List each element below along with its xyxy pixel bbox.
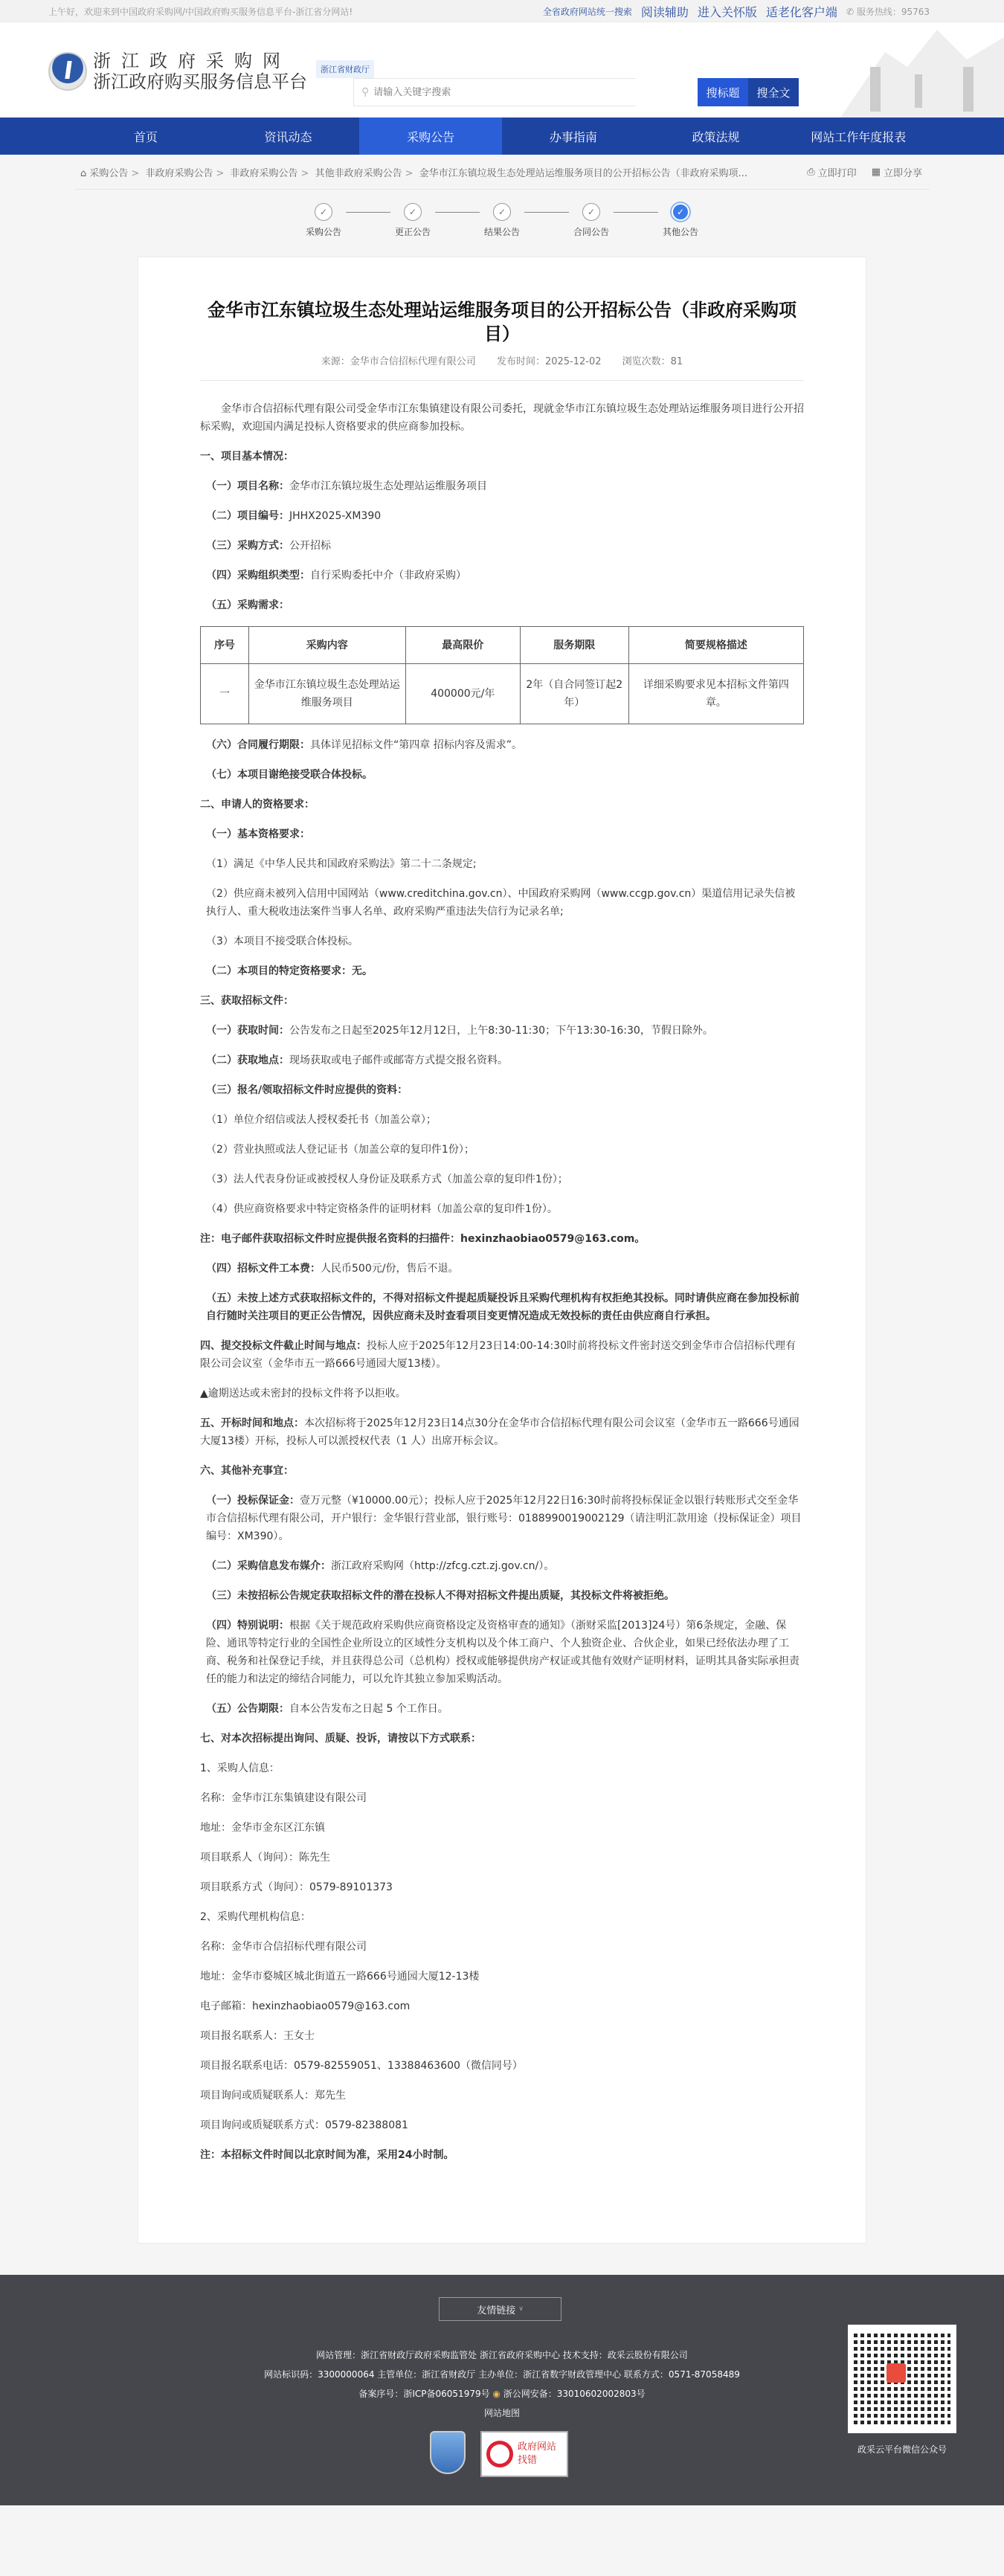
article-card: 金华市江东镇垃圾生态处理站运维服务项目的公开招标公告（非政府采购项目） 来源：金… xyxy=(138,257,866,2244)
logo-subtitle: 浙江政府购买服务信息平台 xyxy=(93,71,307,92)
site-logo[interactable]: 浙江政府采购网 浙江政府购买服务信息平台 浙江省财政厅 xyxy=(48,51,374,92)
province-search-link[interactable]: 全省政府网站统一搜索 xyxy=(543,5,632,18)
article-source: 来源：金华市合信招标代理有限公司 xyxy=(321,356,476,367)
search-input[interactable] xyxy=(373,87,611,98)
care-version-link[interactable]: 进入关怀版 xyxy=(698,3,757,20)
police-badge-icon: ◉ xyxy=(492,2389,500,2399)
phone-icon: ✆ xyxy=(846,7,857,17)
search-icon: ⚲ xyxy=(361,86,369,98)
breadcrumb-item[interactable]: 其他非政府采购公告 xyxy=(315,168,402,179)
step-contract[interactable]: ✓合同公告 xyxy=(569,203,614,238)
chevron-down-icon: ∨ xyxy=(518,2305,524,2313)
breadcrumb-current: 金华市江东镇垃圾生态处理站运维服务项目的公开招标公告（非政府采购项... xyxy=(419,168,747,179)
notice-steps: ✓采购公告 ✓更正公告 ✓结果公告 ✓合同公告 ✓其他公告 xyxy=(74,190,930,257)
nav-policies[interactable]: 政策法规 xyxy=(645,117,788,155)
site-footer: 友情链接∨ 网站管理：浙江省财政厅政府采购监管处 浙江省政府采购中心 技术支持：… xyxy=(0,2275,1004,2505)
mountain-decoration-icon xyxy=(840,22,1004,117)
article-content: 金华市合信招标代理有限公司受金华市江东集镇建设有限公司委托，现就金华市江东镇垃圾… xyxy=(200,381,804,2164)
magnifier-icon xyxy=(486,2441,513,2467)
qrcode-caption: 政采云平台微信公众号 xyxy=(848,2443,956,2456)
article-date: 发布时间：2025-12-02 xyxy=(497,356,602,367)
nav-annual-report[interactable]: 网站工作年度报表 xyxy=(787,117,930,155)
check-icon: ✓ xyxy=(672,203,689,221)
police-record-link[interactable]: 浙公网安备：33010602002803号 xyxy=(503,2389,646,2399)
friend-links-dropdown[interactable]: 友情链接∨ xyxy=(439,2297,561,2321)
home-icon[interactable]: ⌂ xyxy=(80,168,89,179)
search-box: ⚲ xyxy=(353,78,636,106)
email-note: 注：电子邮件获取招标文件时应提供报名资料的扫描件：hexinzhaobiao05… xyxy=(200,1233,645,1245)
step-result[interactable]: ✓结果公告 xyxy=(480,203,524,238)
check-icon: ✓ xyxy=(404,203,422,221)
article-title: 金华市江东镇垃圾生态处理站运维服务项目的公开招标公告（非政府采购项目） xyxy=(200,298,804,346)
check-icon: ✓ xyxy=(493,203,511,221)
emblem-icon xyxy=(48,52,87,91)
search-fulltext-button[interactable]: 搜全文 xyxy=(748,78,799,106)
print-button[interactable]: ⎙立即打印 xyxy=(807,165,856,179)
nav-procurement-notices[interactable]: 采购公告 xyxy=(359,117,502,155)
institution-badge-icon[interactable] xyxy=(430,2431,466,2474)
share-button[interactable]: ▦立即分享 xyxy=(872,165,922,179)
reading-aid-link[interactable]: 阅读辅助 xyxy=(641,3,689,20)
zcy-logo-icon xyxy=(886,2363,906,2383)
check-icon: ✓ xyxy=(315,203,332,221)
hotline: ✆ 服务热线：95763 xyxy=(846,5,930,18)
breadcrumb-item[interactable]: 非政府采购公告 xyxy=(145,168,213,179)
breadcrumb-item[interactable]: 非政府采购公告 xyxy=(231,168,298,179)
breadcrumb-item[interactable]: 采购公告 xyxy=(89,168,128,179)
procurement-table: 序号 采购内容 最高限价 服务期限 简要规格描述 一 金华市江东镇垃圾生态处理站… xyxy=(200,626,804,724)
breadcrumb: ⌂ 采购公告> 非政府采购公告> 非政府采购公告> 其他非政府采购公告> 金华市… xyxy=(74,155,930,190)
step-other[interactable]: ✓其他公告 xyxy=(658,203,703,238)
article-views: 浏览次数：81 xyxy=(622,356,683,367)
nav-guide[interactable]: 办事指南 xyxy=(502,117,645,155)
check-icon: ✓ xyxy=(582,203,600,221)
nav-home[interactable]: 首页 xyxy=(74,117,217,155)
greeting-text: 上午好，欢迎来到中国政府采购网/中国政府购买服务信息平台-浙江省分网站! xyxy=(48,5,353,18)
gov-site-error-report-button[interactable]: 政府网站找错 xyxy=(480,2431,568,2477)
step-correction[interactable]: ✓更正公告 xyxy=(390,203,435,238)
qrcode-icon: ▦ xyxy=(872,167,881,178)
table-row: 一 金华市江东镇垃圾生态处理站运维服务项目 400000元/年 2年（自合同签订… xyxy=(201,664,804,724)
wechat-qrcode xyxy=(848,2325,956,2433)
dept-badge: 浙江省财政厅 xyxy=(316,60,374,78)
site-header: 浙江政府采购网 浙江政府购买服务信息平台 浙江省财政厅 ⚲ 搜标题 搜全文 xyxy=(0,22,1004,117)
nav-news[interactable]: 资讯动态 xyxy=(217,117,360,155)
icp-link[interactable]: 备案序号：浙ICP备06051979号 xyxy=(358,2389,489,2399)
logo-title: 浙江政府采购网 xyxy=(93,51,307,71)
elderly-client-link[interactable]: 适老化客户端 xyxy=(766,3,837,20)
top-bar: 上午好，欢迎来到中国政府采购网/中国政府购买服务信息平台-浙江省分网站! 全省政… xyxy=(0,0,1004,22)
sitemap-link[interactable]: 网站地图 xyxy=(484,2408,520,2418)
article-meta: 来源：金华市合信招标代理有限公司 发布时间：2025-12-02 浏览次数：81 xyxy=(200,353,804,381)
search-title-button[interactable]: 搜标题 xyxy=(698,78,748,106)
main-nav: 首页 资讯动态 采购公告 办事指南 政策法规 网站工作年度报表 xyxy=(0,117,1004,155)
step-procurement[interactable]: ✓采购公告 xyxy=(301,203,346,238)
printer-icon: ⎙ xyxy=(807,167,814,178)
